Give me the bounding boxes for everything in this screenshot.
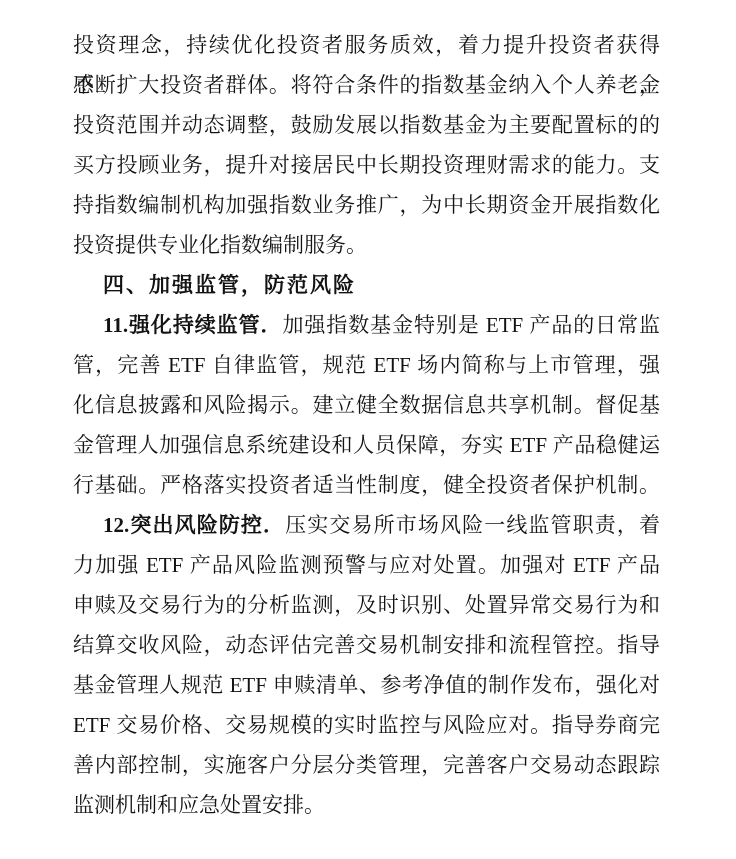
body-text: 投资范围并动态调整，鼓励发展以指数基金为主要配置标的的 [73, 113, 660, 137]
text-line: 结算交收风险，动态评估完善交易机制安排和流程管控。指导 [73, 625, 660, 665]
text-line: 投资理念，持续优化投资者服务质效，着力提升投资者获得感， [73, 25, 660, 65]
text-line: 善内部控制，实施客户分层分类管理，完善客户交易动态跟踪 [73, 745, 660, 785]
text-line: 监测机制和应急处置安排。 [73, 785, 660, 825]
text-line: 投资范围并动态调整，鼓励发展以指数基金为主要配置标的的 [73, 105, 660, 145]
body-text: 申赎及交易行为的分析监测，及时识别、处置异常交易行为和 [73, 593, 660, 617]
body-text: ETF 交易价格、交易规模的实时监控与风险应对。指导券商完 [73, 713, 660, 737]
text-line: 12.突出风险防控．压实交易所市场风险一线监管职责，着 [73, 505, 660, 545]
body-text: 化信息披露和风险揭示。建立健全数据信息共享机制。督促基 [73, 393, 660, 417]
text-line: 买方投顾业务，提升对接居民中长期投资理财需求的能力。支 [73, 145, 660, 185]
body-text: 监测机制和应急处置安排。 [73, 793, 325, 817]
text-line: 管，完善 ETF 自律监管，规范 ETF 场内简称与上市管理，强 [73, 345, 660, 385]
text-line: 申赎及交易行为的分析监测，及时识别、处置异常交易行为和 [73, 585, 660, 625]
emphasis-text: 四、加强监管，防范风险 [103, 274, 356, 297]
body-text: 持指数编制机构加强指数业务推广，为中长期资金开展指数化 [73, 193, 660, 217]
text-line: 持指数编制机构加强指数业务推广，为中长期资金开展指数化 [73, 185, 660, 225]
body-text: 管，完善 ETF 自律监管，规范 ETF 场内简称与上市管理，强 [73, 353, 660, 377]
emphasis-text: 11.强化持续监管． [103, 313, 282, 337]
body-text: 行基础。严格落实投资者适当性制度，健全投资者保护机制。 [73, 473, 660, 497]
body-text: 力加强 ETF 产品风险监测预警与应对处置。加强对 ETF 产品 [73, 553, 660, 577]
text-line: 不断扩大投资者群体。将符合条件的指数基金纳入个人养老金 [73, 65, 660, 105]
body-text: 买方投顾业务，提升对接居民中长期投资理财需求的能力。支 [73, 153, 660, 177]
body-text: 结算交收风险，动态评估完善交易机制安排和流程管控。指导 [73, 633, 660, 657]
body-text: 加强指数基金特别是 ETF 产品的日常监 [282, 313, 660, 337]
text-line: 投资提供专业化指数编制服务。 [73, 225, 660, 265]
text-line: 行基础。严格落实投资者适当性制度，健全投资者保护机制。 [73, 465, 660, 505]
text-line: ETF 交易价格、交易规模的实时监控与风险应对。指导券商完 [73, 705, 660, 745]
emphasis-text: 12.突出风险防控． [103, 513, 285, 537]
document-page: 投资理念，持续优化投资者服务质效，着力提升投资者获得感，不断扩大投资者群体。将符… [0, 0, 736, 859]
body-text: 金管理人加强信息系统建设和人员保障，夯实 ETF 产品稳健运 [73, 433, 660, 457]
text-line: 基金管理人规范 ETF 申赎清单、参考净值的制作发布，强化对 [73, 665, 660, 705]
body-text: 不断扩大投资者群体。将符合条件的指数基金纳入个人养老金 [73, 73, 660, 97]
text-line: 力加强 ETF 产品风险监测预警与应对处置。加强对 ETF 产品 [73, 545, 660, 585]
text-line: 化信息披露和风险揭示。建立健全数据信息共享机制。督促基 [73, 385, 660, 425]
text-line: 11.强化持续监管．加强指数基金特别是 ETF 产品的日常监 [73, 305, 660, 345]
body-text: 基金管理人规范 ETF 申赎清单、参考净值的制作发布，强化对 [73, 673, 660, 697]
section-heading: 四、加强监管，防范风险 [73, 265, 660, 305]
body-text: 压实交易所市场风险一线监管职责，着 [285, 513, 660, 537]
text-line: 金管理人加强信息系统建设和人员保障，夯实 ETF 产品稳健运 [73, 425, 660, 465]
body-text: 投资提供专业化指数编制服务。 [73, 233, 367, 257]
body-text: 善内部控制，实施客户分层分类管理，完善客户交易动态跟踪 [73, 753, 660, 777]
